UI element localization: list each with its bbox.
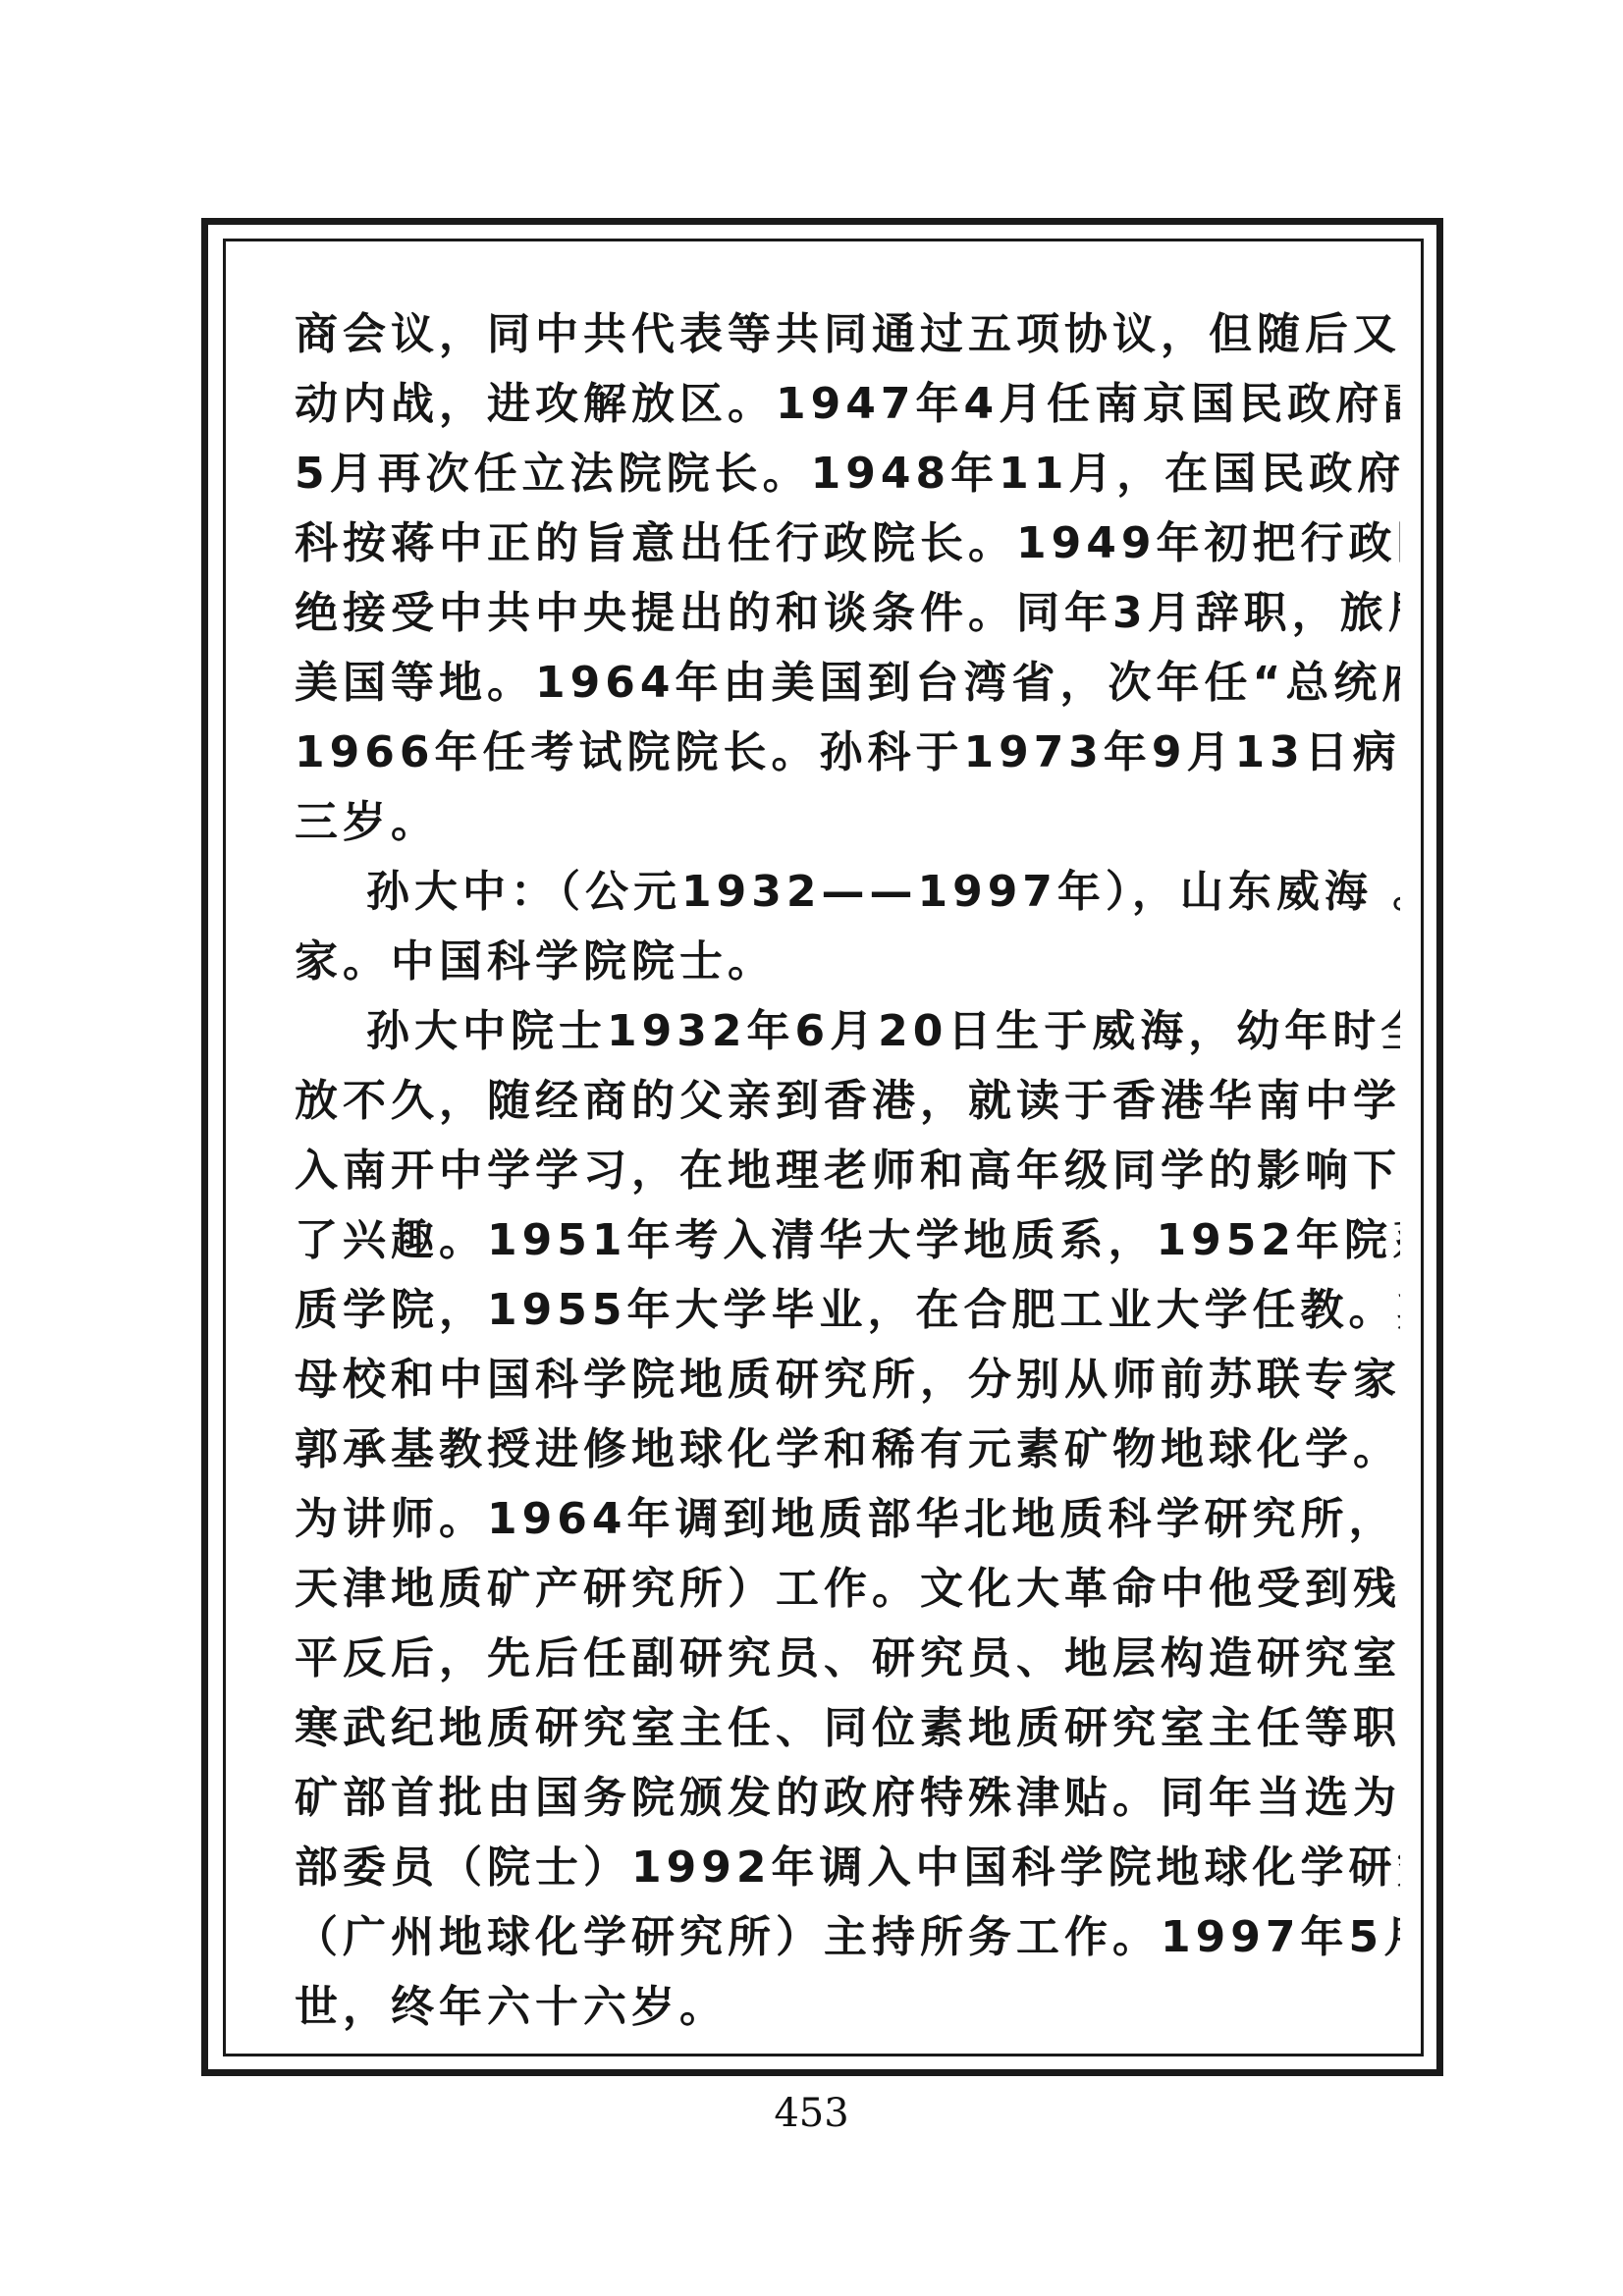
text-line: 5月再次任立法院院长。1948年11月，在国民政府全面崩溃前夕，孙 xyxy=(295,439,1400,508)
text-line: 孙大中：（公元1932——1997年），山东威海 。著名地质学 xyxy=(295,857,1400,927)
text-line: 入南开中学学习，在地理老师和高年级同学的影响下对地质学产生 xyxy=(295,1136,1400,1205)
text-line: 动内战，进攻解放区。1947年4月任南京国民政府副主席。1948年 xyxy=(295,369,1400,439)
text-line: 放不久，随经商的父亲到香港，就读于香港华南中学。返回内地后 xyxy=(295,1066,1400,1136)
text-line: 郭承基教授进修地球化学和稀有元素矿物地球化学。1958年底晋升 xyxy=(295,1415,1400,1484)
text-line: 世，终年六十六岁。 xyxy=(295,1972,1400,2042)
text-line: 1966年任考试院院长。孙科于1973年9月13日病逝于台北，终年八十 xyxy=(295,718,1400,787)
text-line: 矿部首批由国务院颁发的政府特殊津贴。同年当选为中国科学院学 xyxy=(295,1763,1400,1833)
text-line: 部委员（院士）1992年调入中国科学院地球化学研究所广州分部 xyxy=(295,1833,1400,1902)
text-line: （广州地球化学研究所）主持所务工作。1997年5月因病在广州逝 xyxy=(295,1902,1400,1972)
book-page: 商会议，同中共代表等共同通过五项协议，但随后又支持蒋中正发动内战，进攻解放区。1… xyxy=(0,0,1623,2296)
page-border-outer: 商会议，同中共代表等共同通过五项协议，但随后又支持蒋中正发动内战，进攻解放区。1… xyxy=(201,218,1443,2076)
text-line: 寒武纪地质研究室主任、同位素地质研究室主任等职。1991年获地 xyxy=(295,1693,1400,1763)
text-line: 三岁。 xyxy=(295,787,1400,857)
text-line: 孙大中院士1932年6月20日生于威海，幼年时全家迁居天津。解 xyxy=(295,996,1400,1066)
page-border-inner: 商会议，同中共代表等共同通过五项协议，但随后又支持蒋中正发动内战，进攻解放区。1… xyxy=(223,239,1424,2056)
text-line: 天津地质矿产研究所）工作。文化大革命中他受到残酷迫害。彻底 xyxy=(295,1554,1400,1624)
text-line: 母校和中国科学院地质研究所，分别从师前苏联专家拉迪什教授和 xyxy=(295,1345,1400,1415)
body-text: 商会议，同中共代表等共同通过五项协议，但随后又支持蒋中正发动内战，进攻解放区。1… xyxy=(229,244,1418,2051)
text-line: 为讲师。1964年调到地质部华北地质科学研究所，（现国土资源部 xyxy=(295,1484,1400,1554)
text-line: 绝接受中共中央提出的和谈条件。同年3月辞职，旅居香港、法国、 xyxy=(295,578,1400,648)
text-line: 科按蒋中正的旨意出任行政院长。1949年初把行政院迁到广州，拒 xyxy=(295,508,1400,578)
page-number: 453 xyxy=(0,2091,1623,2136)
text-line: 平反后，先后任副研究员、研究员、地层构造研究室副主任、早前 xyxy=(295,1624,1400,1693)
text-line: 商会议，同中共代表等共同通过五项协议，但随后又支持蒋中正发 xyxy=(295,299,1400,369)
text-line: 美国等地。1964年由美国到台湾省，次年任“总统府”高级咨议， xyxy=(295,648,1400,718)
text-line: 家。中国科学院院士。 xyxy=(295,927,1400,996)
text-line: 了兴趣。1951年考入清华大学地质系，1952年院系调整后进北京地 xyxy=(295,1205,1400,1275)
text-line: 质学院，1955年大学毕业，在合肥工业大学任教。其间曾先后加入 xyxy=(295,1275,1400,1345)
